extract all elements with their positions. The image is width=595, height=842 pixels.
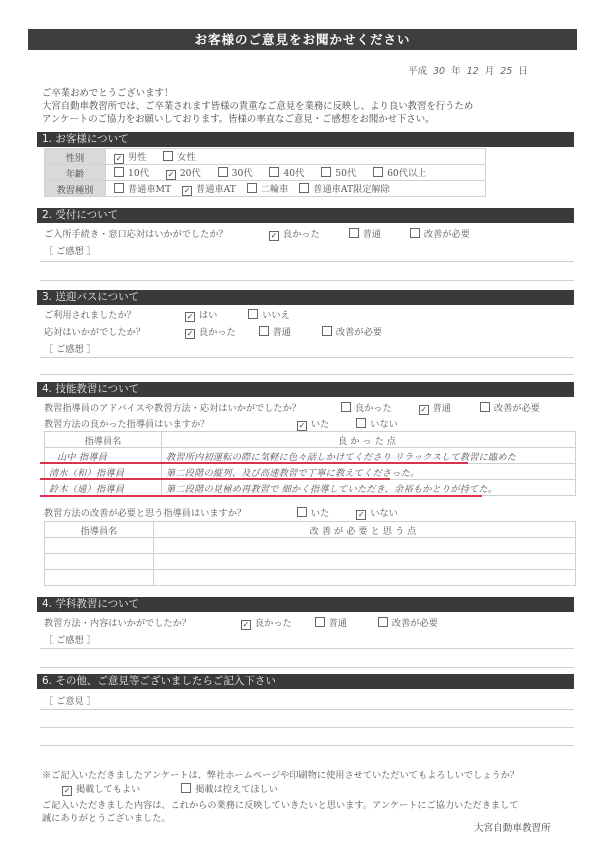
reception-question-row: ご入所手続き・窓口応対はいかがでしたか？ ✓良かった 普通 改善が必要 <box>44 226 484 241</box>
option-label: 改善が必要 <box>336 327 382 338</box>
highlight-underline <box>40 462 468 464</box>
table-row <box>45 554 576 570</box>
course-type-row: 教習種別 普通車MT ✓普通車AT 二輪車 普通車AT限定解除 <box>45 181 486 197</box>
date-era: 平成 <box>408 66 427 77</box>
table-row: 鈴木（通）指導員 第二段階の見極め再教習で 細かく指導していただき、余裕もかとり… <box>45 480 576 496</box>
classroom-question: 教習方法・内容はいかがでしたか？ <box>44 615 238 629</box>
date-day-field[interactable]: 25 <box>500 66 512 77</box>
age-50s-option[interactable]: 50代 <box>321 165 356 179</box>
option-label: いた <box>311 419 329 430</box>
age-options: 10代 ✓20代 30代 40代 50代 60代以上 <box>106 165 486 181</box>
section-header-classroom: 4. 学科教習について <box>37 597 574 612</box>
column-header-instructor-name: 指導員名 <box>45 522 154 538</box>
option-label: 良かった <box>283 229 320 240</box>
intro-line: 大宮自動車教習所では、ご卒業されます皆様の貴重なご意見を業務に反映し、より良い教… <box>42 100 473 113</box>
bus-comment-label: ［ ご感想 ］ <box>44 341 96 355</box>
good-instructor-row: 教習方法の良かった指導員はいますか？ ✓いた いない <box>44 416 412 431</box>
good-point-cell[interactable]: 第二段階の見極め再教習で 細かく指導していただき、余裕もかとりが持てた。 <box>162 480 576 496</box>
option-label: いない <box>370 419 398 430</box>
customer-info-table: 性別 ✓男性 女性 年齢 10代 ✓20代 30代 40代 50代 60代以上 … <box>44 148 486 197</box>
closing-line: ご記入いただきました内容は、これからの業務に反映していきたいと思います。アンケー… <box>42 799 518 812</box>
intro-text: ご卒業おめでとうございます！ 大宮自動車教習所では、ご卒業されます皆様の貴重なご… <box>42 87 473 126</box>
age-row: 年齢 10代 ✓20代 30代 40代 50代 60代以上 <box>45 165 486 181</box>
option-label: 改善が必要 <box>494 403 540 414</box>
section-header-customer: 1. お客様について <box>37 132 574 147</box>
classroom-comment-label: ［ ご感想 ］ <box>44 632 96 646</box>
date-month-field[interactable]: 12 <box>467 66 479 77</box>
classroom-comment-line[interactable] <box>40 667 574 668</box>
improve-instructor-row: 教習方法の改善が必要と思う指導員はいますか？ いた ✓いない <box>44 505 412 520</box>
highlight-underline <box>40 495 482 497</box>
option-label: はい <box>199 310 217 321</box>
checkbox-icon[interactable] <box>248 309 258 319</box>
checkbox-checked-icon[interactable]: ✓ <box>182 186 192 196</box>
bus-service-good-option[interactable]: ✓良かった <box>185 324 236 339</box>
bus-usage-question: ご利用されましたか？ <box>44 307 182 321</box>
improve-instructor-question: 教習方法の改善が必要と思う指導員はいますか？ <box>44 505 294 519</box>
checkbox-checked-icon[interactable]: ✓ <box>166 170 176 180</box>
other-comment-label: ［ ご意見 ］ <box>44 693 96 707</box>
checkbox-icon[interactable] <box>269 167 279 177</box>
checkbox-icon[interactable] <box>410 228 420 238</box>
option-label: 普通車MT <box>128 184 171 195</box>
checkbox-icon[interactable] <box>315 617 325 627</box>
checkbox-icon[interactable] <box>297 507 307 517</box>
reception-average-option[interactable]: 普通 <box>349 226 381 240</box>
age-label: 年齢 <box>45 165 106 181</box>
checkbox-icon[interactable] <box>218 167 228 177</box>
closing-line: 誠にありがとうございました。 <box>42 812 518 825</box>
bus-service-question: 応対はいかがでしたか？ <box>44 324 182 338</box>
instructor-rating-row: 教習指導員のアドバイスや教習方法・応対はいかがでしたか？ 良かった ✓普通 改善… <box>44 400 554 415</box>
option-label: いた <box>311 508 329 519</box>
classroom-good-option[interactable]: ✓良かった <box>241 615 292 630</box>
age-10s-option[interactable]: 10代 <box>114 165 149 179</box>
option-label: 良かった <box>255 618 292 629</box>
option-label: 改善が必要 <box>424 229 470 240</box>
option-label: 50代 <box>335 168 356 179</box>
bus-service-needs-improvement-option[interactable]: 改善が必要 <box>322 324 382 338</box>
good-instructor-question: 教習方法の良かった指導員はいますか？ <box>44 416 294 430</box>
course-at-limit-removal-option[interactable]: 普通車AT限定解除 <box>299 181 390 195</box>
checkbox-icon[interactable] <box>247 183 257 193</box>
option-label: 男性 <box>128 152 146 163</box>
classroom-comment-line[interactable] <box>40 648 574 649</box>
good-instructor-yes-option[interactable]: ✓いた <box>297 416 329 431</box>
checkbox-icon[interactable] <box>181 783 191 793</box>
course-type-options: 普通車MT ✓普通車AT 二輪車 普通車AT限定解除 <box>106 181 486 197</box>
column-header-instructor-name: 指導員名 <box>45 432 162 448</box>
bus-used-no-option[interactable]: いいえ <box>248 307 290 321</box>
publish-decline-option[interactable]: 掲載は控えてほしい <box>181 781 278 795</box>
checkbox-icon[interactable] <box>321 167 331 177</box>
classroom-question-row: 教習方法・内容はいかがでしたか？ ✓良かった 普通 改善が必要 <box>44 615 452 630</box>
checkbox-icon[interactable] <box>299 183 309 193</box>
checkbox-checked-icon[interactable]: ✓ <box>269 231 279 241</box>
checkbox-checked-icon[interactable]: ✓ <box>297 421 307 431</box>
option-label: 改善が必要 <box>392 618 438 629</box>
bus-service-average-option[interactable]: 普通 <box>259 324 291 338</box>
closing-message: ご記入いただきました内容は、これからの業務に反映していきたいと思います。アンケー… <box>42 799 518 825</box>
option-label: 40代 <box>283 168 304 179</box>
section-header-shuttle-bus: 3. 送迎バスについて <box>37 290 574 305</box>
age-60s-plus-option[interactable]: 60代以上 <box>373 165 426 179</box>
table-header-row: 指導員名 良かった点 <box>45 432 576 448</box>
reception-comment-label: ［ ご感想 ］ <box>44 243 96 257</box>
checkbox-checked-icon[interactable]: ✓ <box>62 786 72 796</box>
other-comment-line[interactable] <box>40 727 574 728</box>
bus-comment-line[interactable] <box>40 357 574 358</box>
reception-needs-improvement-option[interactable]: 改善が必要 <box>410 226 470 240</box>
course-at-option[interactable]: ✓普通車AT <box>182 181 236 196</box>
bus-used-yes-option[interactable]: ✓はい <box>185 307 217 322</box>
age-40s-option[interactable]: 40代 <box>269 165 304 179</box>
instructor-needs-improvement-option[interactable]: 改善が必要 <box>480 400 540 414</box>
instructor-good-option[interactable]: 良かった <box>341 400 392 414</box>
checkbox-checked-icon[interactable]: ✓ <box>241 620 251 630</box>
reception-comment-line[interactable] <box>40 280 574 281</box>
bus-comment-line[interactable] <box>40 374 574 375</box>
option-label: 掲載は控えてほしい <box>195 784 278 795</box>
bus-usage-row: ご利用されましたか？ ✓はい いいえ <box>44 307 304 322</box>
checkbox-checked-icon[interactable]: ✓ <box>419 405 429 415</box>
option-label: 掲載してもよい <box>76 784 140 795</box>
gender-row: 性別 ✓男性 女性 <box>45 149 486 165</box>
option-label: 二輪車 <box>261 184 289 195</box>
publish-allow-option[interactable]: ✓掲載してもよい <box>62 781 140 796</box>
course-motorcycle-option[interactable]: 二輪車 <box>247 181 289 195</box>
checkbox-checked-icon[interactable]: ✓ <box>185 329 195 339</box>
checkbox-icon[interactable] <box>341 402 351 412</box>
option-label: 普通 <box>273 327 291 338</box>
checkbox-icon[interactable] <box>378 617 388 627</box>
organization-name: 大宮自動車教習所 <box>474 820 551 834</box>
checkbox-icon[interactable] <box>114 167 124 177</box>
option-label: 女性 <box>177 152 195 163</box>
gender-female-option[interactable]: 女性 <box>163 149 195 163</box>
date-year-label: 年 <box>451 66 461 77</box>
reception-good-option[interactable]: ✓良かった <box>269 226 320 241</box>
bus-service-row: 応対はいかがでしたか？ ✓良かった 普通 改善が必要 <box>44 324 396 339</box>
publish-options: ✓掲載してもよい 掲載は控えてほしい <box>62 781 292 796</box>
checkbox-icon[interactable] <box>163 151 173 161</box>
checkbox-icon[interactable] <box>373 167 383 177</box>
classroom-needs-improvement-option[interactable]: 改善が必要 <box>378 615 438 629</box>
instructor-name-cell[interactable]: 鈴木（通）指導員 <box>45 480 162 496</box>
date-line: 平成30年12月25日 <box>408 63 528 77</box>
course-mt-option[interactable]: 普通車MT <box>114 181 171 195</box>
other-comment-line[interactable] <box>40 745 574 746</box>
course-type-label: 教習種別 <box>45 181 106 197</box>
section-header-reception: 2. 受付について <box>37 208 574 223</box>
age-30s-option[interactable]: 30代 <box>218 165 253 179</box>
checkbox-checked-icon[interactable]: ✓ <box>185 312 195 322</box>
table-row <box>45 570 576 586</box>
option-label: 良かった <box>355 403 392 414</box>
checkbox-checked-icon[interactable]: ✓ <box>114 154 124 164</box>
date-year-field[interactable]: 30 <box>433 66 445 77</box>
intro-line: ご卒業おめでとうございます！ <box>42 87 473 100</box>
improvement-point-cell[interactable] <box>154 538 576 554</box>
reception-comment-line[interactable] <box>40 261 574 262</box>
instructor-rating-question: 教習指導員のアドバイスや教習方法・応対はいかがでしたか？ <box>44 400 338 414</box>
option-label: 20代 <box>180 168 201 179</box>
section-header-other-comments: 6. その他、ご意見等ございましたらご記入下さい <box>37 674 574 689</box>
good-instructor-no-option[interactable]: いない <box>356 416 398 430</box>
instructor-average-option[interactable]: ✓普通 <box>419 400 451 415</box>
option-label: 普通車AT <box>196 184 236 195</box>
option-label: 普通 <box>363 229 381 240</box>
improve-instructor-table: 指導員名 改善が必要と思う点 <box>44 521 576 586</box>
classroom-average-option[interactable]: 普通 <box>315 615 347 629</box>
option-label: 30代 <box>232 168 253 179</box>
option-label: いいえ <box>262 310 290 321</box>
survey-title: お客様のご意見をお聞かせください <box>28 29 577 50</box>
table-header-row: 指導員名 改善が必要と思う点 <box>45 522 576 538</box>
gender-male-option[interactable]: ✓男性 <box>114 149 146 164</box>
option-label: いない <box>370 508 398 519</box>
option-label: 良かった <box>199 327 236 338</box>
intro-line: アンケートのご協力をお願いしております。皆様の率直なご意見・ご感想をお聞かせ下さ… <box>42 113 473 126</box>
section-header-skill-training: 4. 技能教習について <box>37 382 574 397</box>
checkbox-icon[interactable] <box>259 326 269 336</box>
option-label: 普通 <box>433 403 451 414</box>
column-header-improvement-points: 改善が必要と思う点 <box>154 522 576 538</box>
checkbox-icon[interactable] <box>356 418 366 428</box>
checkbox-icon[interactable] <box>480 402 490 412</box>
highlight-underline <box>40 478 390 480</box>
option-label: 普通 <box>329 618 347 629</box>
option-label: 普通車AT限定解除 <box>313 184 390 195</box>
checkbox-icon[interactable] <box>349 228 359 238</box>
date-month-label: 月 <box>485 66 495 77</box>
option-label: 60代以上 <box>387 168 426 179</box>
age-20s-option[interactable]: ✓20代 <box>166 165 201 180</box>
instructor-name-cell[interactable] <box>45 570 154 586</box>
reception-question: ご入所手続き・窓口応対はいかがでしたか？ <box>44 226 266 240</box>
other-comment-line[interactable] <box>40 709 574 710</box>
publish-question: ※ご記入いただきましたアンケートは、弊社ホームページや印刷物に使用させていただい… <box>42 767 519 781</box>
table-row <box>45 538 576 554</box>
gender-label: 性別 <box>45 149 106 165</box>
date-day-label: 日 <box>518 66 528 77</box>
improvement-point-cell[interactable] <box>154 554 576 570</box>
option-label: 10代 <box>128 168 149 179</box>
instructor-name-cell[interactable] <box>45 538 154 554</box>
gender-options: ✓男性 女性 <box>106 149 486 165</box>
improve-instructor-yes-option[interactable]: いた <box>297 505 329 519</box>
improvement-point-cell[interactable] <box>154 570 576 586</box>
instructor-name-cell[interactable] <box>45 554 154 570</box>
checkbox-icon[interactable] <box>114 183 124 193</box>
improve-instructor-no-option[interactable]: ✓いない <box>356 505 398 520</box>
column-header-good-points: 良かった点 <box>162 432 576 448</box>
checkbox-icon[interactable] <box>322 326 332 336</box>
checkbox-checked-icon[interactable]: ✓ <box>356 510 366 520</box>
